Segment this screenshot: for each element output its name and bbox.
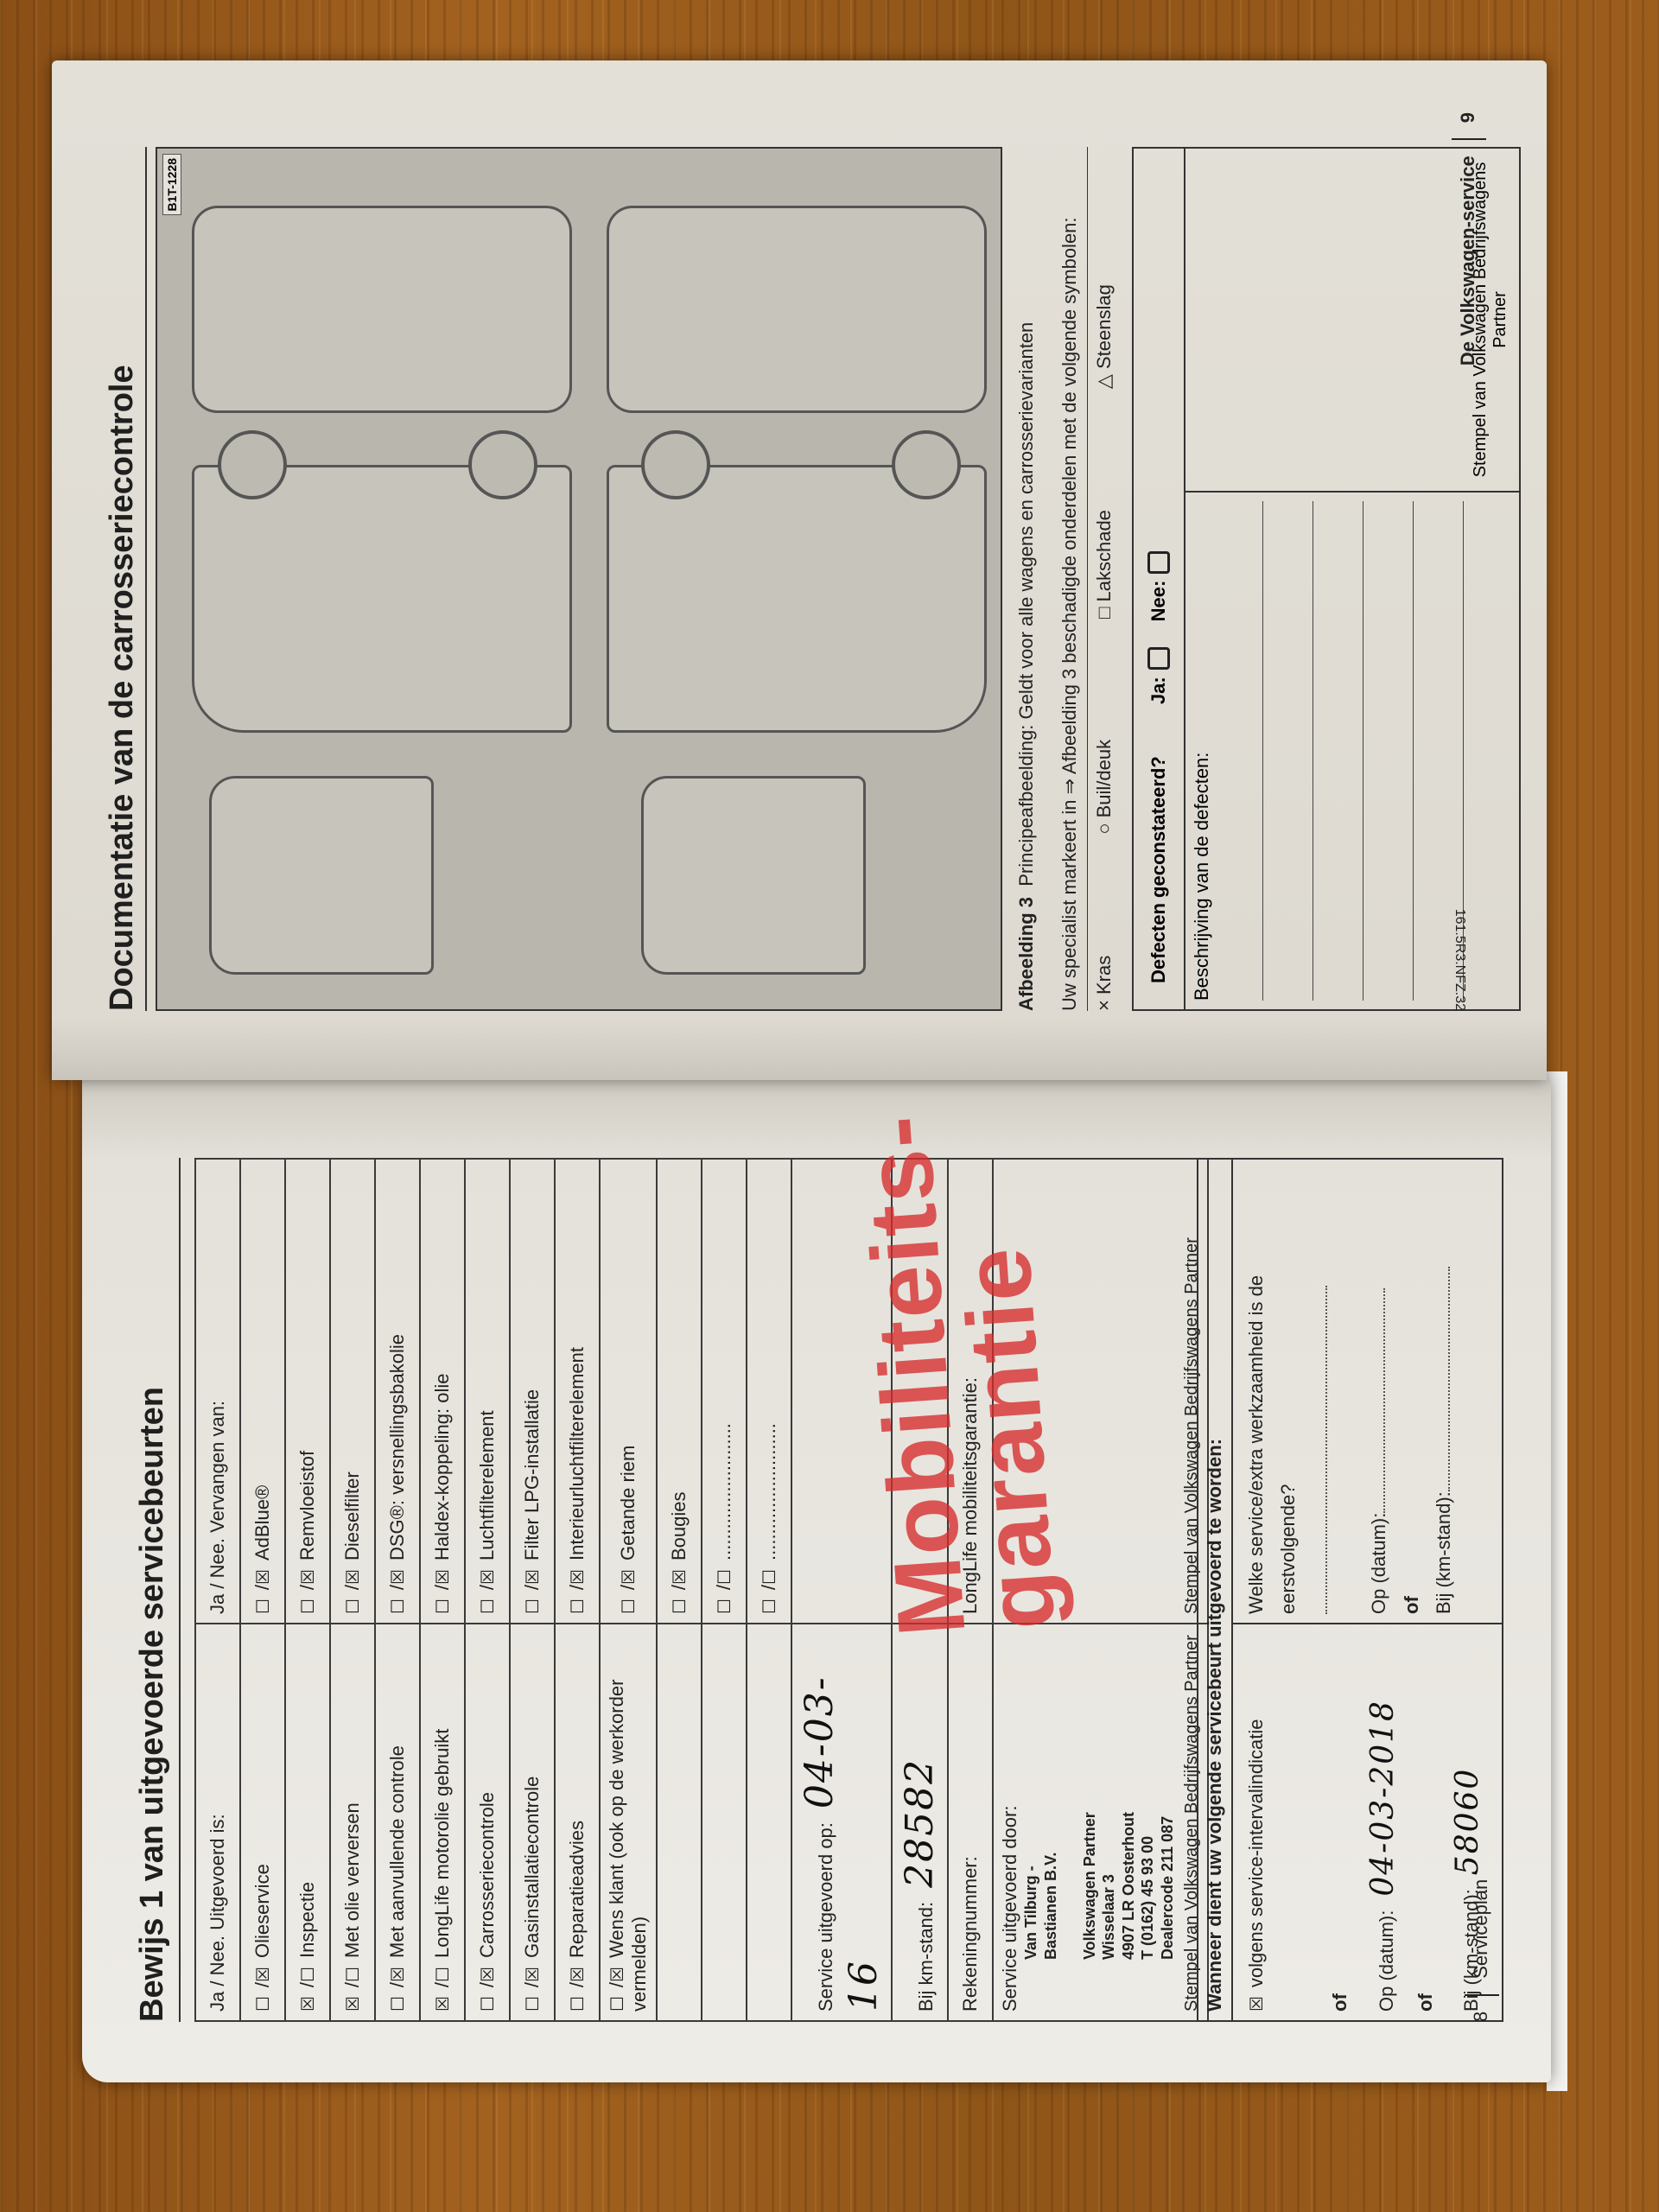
vehicle-diagram[interactable]: B1T-1228 <box>156 147 1002 1011</box>
checkbox-ja[interactable]: ☐ <box>387 1996 408 2012</box>
checkbox-ja[interactable]: ☐ <box>714 1599 734 1614</box>
replaced-item-label: Interieurluchtfilterelement <box>566 1347 588 1560</box>
extra-service-field[interactable] <box>1310 1286 1327 1614</box>
description-label: Beschrijving van de defecten: <box>1191 501 1213 1001</box>
red-stamp-mobiliteitsgarantie: Mobiliteits-garantie <box>867 1316 1069 1639</box>
checkbox-ja[interactable]: ☐ <box>607 1996 627 2012</box>
replaced-item-label: Getande riem <box>617 1446 639 1560</box>
no-checkbox[interactable] <box>1147 551 1170 574</box>
replaced-item-label: Haldex-koppeling: olie <box>431 1374 453 1560</box>
checkbox-nee[interactable]: ☐ <box>297 1967 318 1982</box>
table-row: ☒/☐Inspectie☐/☒Remvloeistof <box>285 1159 330 2021</box>
performed-item-label: LongLife motorolie gebruikt <box>431 1729 453 1958</box>
km-row-label: Bij km-stand: <box>915 1902 937 2012</box>
replaced-item-label: Bougies <box>668 1491 690 1560</box>
col-performed-header: Ja / Nee. Uitgevoerd is: <box>195 1624 240 2021</box>
or-label: of <box>1409 1633 1441 2012</box>
title-rule <box>145 147 147 1011</box>
van-roof-view <box>607 206 987 413</box>
table-row: ☐/☐.......................... <box>702 1159 747 2021</box>
van-side-view-right <box>607 465 987 733</box>
next-service-heading: Wanneer dient uw volgende servicebeurt u… <box>1198 1160 1233 2020</box>
extra-km-label: Bij (km-stand): <box>1433 1491 1454 1614</box>
van-underside-view <box>192 206 572 413</box>
page-number: 9 <box>1457 112 1478 123</box>
extra-km-field[interactable] <box>1433 1267 1450 1491</box>
legend-item: △ Steenslag <box>1093 284 1116 389</box>
table-row: ☐/☒Bougies <box>657 1159 702 2021</box>
or-label: of <box>1324 1633 1356 2012</box>
extra-date-field[interactable] <box>1368 1288 1385 1513</box>
van-front-view <box>209 776 434 975</box>
checkbox-nee[interactable]: ☒ <box>252 1967 273 1982</box>
replaced-item-label: .......................... <box>713 1423 734 1560</box>
replaced-item-label: Remvloeistof <box>296 1451 318 1560</box>
checkbox-nee[interactable]: ☒ <box>669 1569 690 1585</box>
defects-question: Defecten geconstateerd? <box>1147 756 1170 983</box>
performed-item-label: Olieservice <box>251 1864 273 1958</box>
table-row: ☐/☒Reparatieadvies☐/☒Interieurluchtfilte… <box>555 1159 600 2021</box>
description-line[interactable] <box>1213 501 1263 1001</box>
next-km-value[interactable]: 58060 <box>1450 1768 1485 1876</box>
performed-item-label: Gasinstallatiecontrole <box>521 1777 543 1958</box>
replaced-item-label: .......................... <box>758 1423 779 1560</box>
table-row: ☒/☐LongLife motorolie gebruikt☐/☒Haldex-… <box>420 1159 465 2021</box>
checkbox-nee[interactable]: ☒ <box>432 1569 453 1585</box>
figure-caption: Afbeelding 3 Principeafbeelding: Geldt v… <box>1015 322 1038 1011</box>
performed-item-label: Wens klant (ook op de werkorder vermelde… <box>606 1680 650 2012</box>
description-line[interactable] <box>1363 501 1414 1001</box>
no-label: Nee: <box>1147 581 1170 622</box>
service-date-row-label: Service uitgevoerd op: <box>815 1822 836 2012</box>
right-page: Documentatie van de carrosseriecontrole … <box>52 60 1547 1080</box>
km-row-value[interactable]: 28582 <box>898 1758 942 1888</box>
performed-item-label: Met aanvullende controle <box>386 1745 408 1958</box>
checkbox-nee[interactable]: ☒ <box>387 1569 408 1585</box>
right-footer: De Volkswagen-service9 <box>1452 112 1486 365</box>
checkbox-ja[interactable]: ☐ <box>252 1599 273 1614</box>
checkbox-ja[interactable]: ☐ <box>387 1599 408 1614</box>
checkbox-nee[interactable]: ☒ <box>342 1569 363 1585</box>
legend-item: × Kras <box>1093 956 1116 1011</box>
table-row: ☐/☒Met aanvullende controle☐/☒DSG®: vers… <box>375 1159 420 2021</box>
replaced-item-label: Dieselfilter <box>341 1471 363 1560</box>
van-rear-view <box>641 776 866 975</box>
checkbox-nee[interactable]: ☐ <box>342 1967 363 1982</box>
checkbox-ja[interactable]: ☒ <box>432 1996 453 2012</box>
next-date-label: Op (datum): <box>1376 1910 1397 2012</box>
checkbox-nee[interactable]: ☒ <box>252 1569 273 1585</box>
checkbox-nee[interactable]: ☒ <box>607 1967 627 1982</box>
checkbox-nee[interactable]: ☐ <box>714 1569 734 1585</box>
checkbox-ja[interactable]: ☐ <box>618 1599 639 1614</box>
or-label: of <box>1395 1168 1427 1614</box>
legend-item: ○ Buil/deuk <box>1093 740 1116 835</box>
description-line[interactable] <box>1263 501 1313 1001</box>
performed-item-label: Met olie verversen <box>341 1802 363 1958</box>
performed-item-label: Reparatieadvies <box>566 1821 588 1958</box>
checkbox-nee[interactable]: ☒ <box>387 1967 408 1982</box>
footer-section: De Volkswagen-service <box>1457 156 1478 365</box>
page-title: Bewijs 1 van uitgevoerde servicebeurten <box>134 1387 171 2022</box>
performed-item-label: Inspectie <box>296 1882 318 1958</box>
checkbox-ja[interactable]: ☐ <box>252 1996 273 2012</box>
footer-section: Serviceplan <box>1470 1879 1491 1979</box>
checkbox-ja[interactable]: ☐ <box>477 1599 498 1614</box>
table-row: ☐/☒Wens klant (ook op de werkorder verme… <box>600 1159 657 2021</box>
page-number: 8 <box>1470 2012 1491 2022</box>
document-code: 161.5R3.NFZ.32 <box>1452 909 1467 1011</box>
checkbox-nee[interactable]: ☒ <box>567 1569 588 1585</box>
checkbox-nee[interactable]: ☒ <box>522 1967 543 1982</box>
interval-option: volgens service-intervalindicatie <box>1245 1719 1267 1987</box>
performed-item-label: Carrosseriecontrole <box>476 1792 498 1958</box>
checkbox-nee[interactable]: ☒ <box>522 1569 543 1585</box>
table-row: ☐/☒Carrosseriecontrole☐/☒Luchtfilterelem… <box>465 1159 510 2021</box>
checkbox-ja[interactable]: ☐ <box>522 1996 543 2012</box>
service-date-row-value[interactable]: 04-03-16 <box>798 1675 886 2012</box>
checkbox-nee[interactable]: ☒ <box>567 1967 588 1982</box>
checkbox-ja[interactable]: ☐ <box>477 1996 498 2012</box>
replaced-item-label: AdBlue® <box>251 1485 273 1560</box>
booklet-spread: Bewijs 1 van uitgevoerde servicebeurten … <box>0 0 1659 2212</box>
table-row: ☐/☐.......................... <box>747 1159 791 2021</box>
marking-instruction: Uw specialist markeert in ⇒ Afbeelding 3… <box>1058 217 1081 1011</box>
table-row: ☐/☒Gasinstallatiecontrole☐/☒Filter LPG-i… <box>510 1159 555 2021</box>
table-row: ☒/☐Met olie verversen☐/☒Dieselfilter <box>330 1159 375 2021</box>
checkbox-nee[interactable]: ☐ <box>759 1569 779 1585</box>
interval-checkbox[interactable]: ☒ <box>1246 1996 1267 2012</box>
checkbox-nee[interactable]: ☒ <box>477 1569 498 1585</box>
checkbox-ja[interactable]: ☐ <box>567 1996 588 2012</box>
description-line[interactable] <box>1313 501 1363 1001</box>
van-side-view-left <box>192 465 572 733</box>
figure-id: B1T-1228 <box>162 154 181 215</box>
replaced-item-label: Filter LPG-installatie <box>521 1389 543 1560</box>
checkbox-ja[interactable]: ☐ <box>669 1599 690 1614</box>
col-replaced-header: Ja / Nee. Vervangen van: <box>195 1159 240 1624</box>
yes-checkbox[interactable] <box>1147 647 1170 670</box>
checkbox-ja[interactable]: ☐ <box>432 1599 453 1614</box>
checkbox-nee[interactable]: ☒ <box>477 1967 498 1982</box>
checkbox-ja[interactable]: ☐ <box>342 1599 363 1614</box>
checkbox-ja[interactable]: ☐ <box>522 1599 543 1614</box>
left-page: Bewijs 1 van uitgevoerde servicebeurten … <box>82 1080 1551 2082</box>
checkbox-ja[interactable]: ☒ <box>342 1996 363 2012</box>
title-rule <box>179 1158 181 2022</box>
left-footer: 8Serviceplan <box>1465 1879 1499 2022</box>
checkbox-nee[interactable]: ☐ <box>432 1967 453 1982</box>
replaced-item-label: DSG®: versnellingsbakolie <box>386 1334 408 1560</box>
page-title: Documentatie van de carrosseriecontrole <box>104 365 141 1011</box>
table-row: ☐/☒Olieservice☐/☒AdBlue® <box>240 1159 285 2021</box>
checkbox-ja[interactable]: ☐ <box>297 1599 318 1614</box>
extra-date-label: Op (datum): <box>1368 1513 1389 1614</box>
checkbox-ja[interactable]: ☐ <box>759 1599 779 1614</box>
replaced-item-label: Luchtfilterelement <box>476 1410 498 1560</box>
damage-legend: × Kras○ Buil/deuk□ Lakschade△ Steenslag <box>1093 284 1116 1011</box>
checkbox-ja[interactable]: ☐ <box>567 1599 588 1614</box>
legend-item: □ Lakschade <box>1093 510 1116 619</box>
yes-label: Ja: <box>1147 677 1170 704</box>
next-date-value[interactable]: 04-03-2018 <box>1365 1700 1401 1897</box>
checkbox-nee[interactable]: ☒ <box>618 1569 639 1585</box>
checkbox-nee[interactable]: ☒ <box>297 1569 318 1585</box>
extra-question: Welke service/extra werkzaamheid is de e… <box>1240 1168 1305 1614</box>
next-service-box: Wanneer dient uw volgende servicebeurt u… <box>1197 1158 1503 2022</box>
checkbox-ja[interactable]: ☒ <box>297 1996 318 2012</box>
